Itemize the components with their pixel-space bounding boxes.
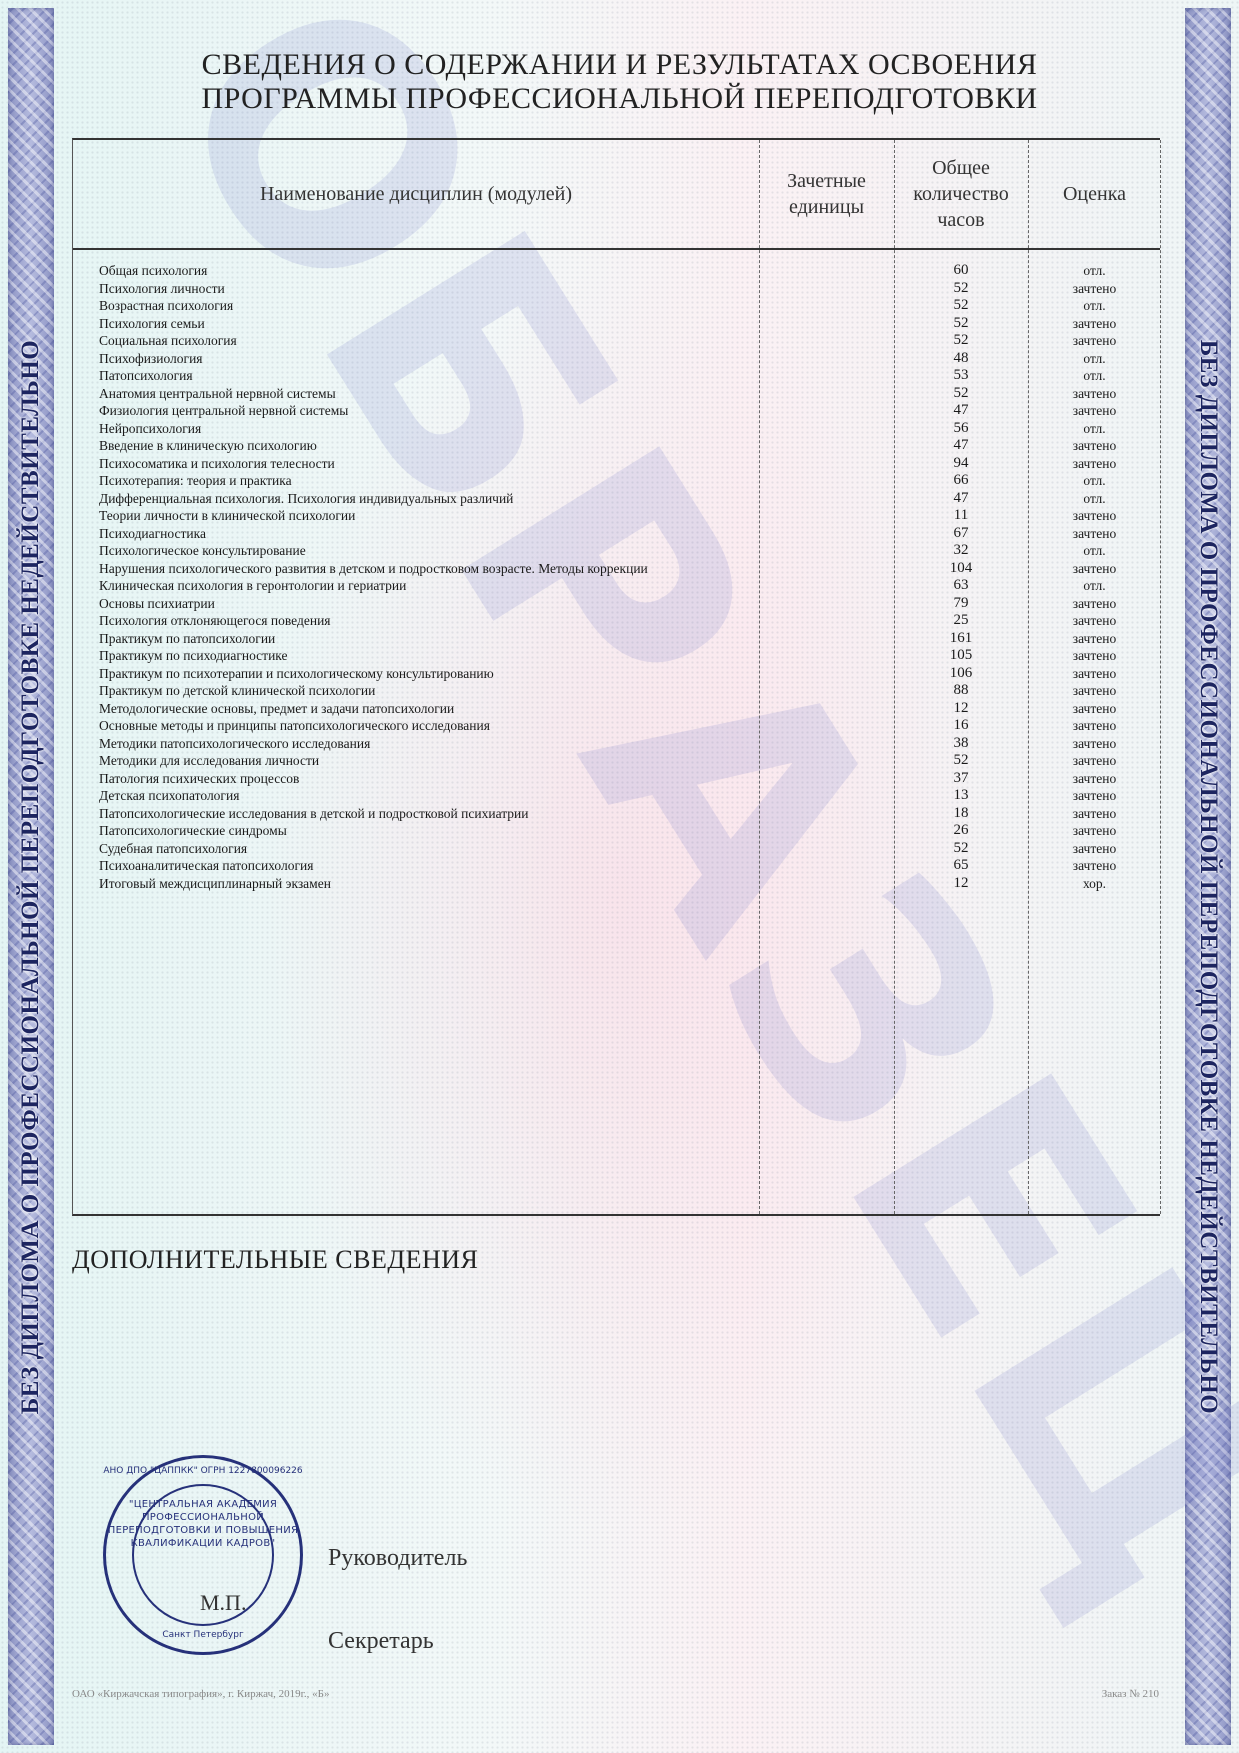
discipline-name: Методики патопсихологического исследован…	[99, 735, 370, 753]
grade: зачтено	[1028, 612, 1161, 630]
grade: зачтено	[1028, 385, 1161, 403]
total-hours: 106	[894, 665, 1028, 683]
discipline-name: Психоаналитическая патопсихология	[99, 857, 313, 875]
total-hours: 52	[894, 297, 1028, 315]
discipline-name: Дифференциальная психология. Психология …	[99, 490, 513, 508]
table-row: Психотерапия: теория и практика66отл.	[73, 472, 1160, 490]
total-hours: 65	[894, 857, 1028, 875]
total-hours: 18	[894, 805, 1028, 823]
grade: зачтено	[1028, 560, 1161, 578]
table-row: Психология отклоняющегося поведения25зач…	[73, 612, 1160, 630]
total-hours: 26	[894, 822, 1028, 840]
discipline-name: Психосоматика и психология телесности	[99, 455, 335, 473]
grade: зачтено	[1028, 507, 1161, 525]
table-row: Психосоматика и психология телесности94з…	[73, 455, 1160, 473]
header-total-hours-label: Общее количество часов	[906, 155, 1016, 233]
table-row: Возрастная психология52отл.	[73, 297, 1160, 315]
grade: зачтено	[1028, 630, 1161, 648]
discipline-name: Патология психических процессов	[99, 770, 299, 788]
discipline-name: Клиническая психология в геронтологии и …	[99, 577, 406, 595]
total-hours: 37	[894, 770, 1028, 788]
table-row: Психофизиология48отл.	[73, 350, 1160, 368]
header-grade: Оценка	[1028, 140, 1161, 248]
header-credit-units: Зачетные единицы	[759, 140, 894, 248]
grade: зачтено	[1028, 525, 1161, 543]
discipline-name: Введение в клиническую психологию	[99, 437, 317, 455]
table-row: Основы психиатрии79зачтено	[73, 595, 1160, 613]
grade: зачтено	[1028, 682, 1161, 700]
discipline-name: Психология отклоняющегося поведения	[99, 612, 331, 630]
discipline-name: Психология семьи	[99, 315, 205, 333]
table-row: Итоговый междисциплинарный экзамен12хор.	[73, 875, 1160, 893]
grade: отл.	[1028, 420, 1161, 438]
grade: зачтено	[1028, 437, 1161, 455]
discipline-name: Практикум по психодиагностике	[99, 647, 288, 665]
grade: зачтено	[1028, 735, 1161, 753]
header-credit-units-label: Зачетные единицы	[772, 168, 882, 220]
disciplines-table: Наименование дисциплин (модулей) Зачетны…	[72, 138, 1160, 1216]
total-hours: 32	[894, 542, 1028, 560]
grade: зачтено	[1028, 402, 1161, 420]
table-row: Психологическое консультирование32отл.	[73, 542, 1160, 560]
total-hours: 48	[894, 350, 1028, 368]
discipline-name: Социальная психология	[99, 332, 237, 350]
stamp-city: Санкт Петербург	[162, 1630, 243, 1640]
grade: отл.	[1028, 262, 1161, 280]
grade: зачтено	[1028, 665, 1161, 683]
table-row: Патопсихологические синдромы26зачтено	[73, 822, 1160, 840]
discipline-name: Нейропсихология	[99, 420, 201, 438]
discipline-name: Основные методы и принципы патопсихологи…	[99, 717, 490, 735]
total-hours: 66	[894, 472, 1028, 490]
grade: отл.	[1028, 472, 1161, 490]
grade: зачтено	[1028, 455, 1161, 473]
table-row: Общая психология60отл.	[73, 262, 1160, 280]
discipline-name: Практикум по психотерапии и психологичес…	[99, 665, 494, 683]
total-hours: 88	[894, 682, 1028, 700]
discipline-name: Физиология центральной нервной системы	[99, 402, 348, 420]
table-row: Физиология центральной нервной системы47…	[73, 402, 1160, 420]
table-row: Судебная патопсихология52зачтено	[73, 840, 1160, 858]
total-hours: 47	[894, 490, 1028, 508]
stamp-ring-text: АНО ДПО "ЦАППКК" ОГРН 1227800096226	[103, 1466, 302, 1476]
grade: отл.	[1028, 297, 1161, 315]
grade: зачтено	[1028, 822, 1161, 840]
discipline-name: Практикум по патопсихологии	[99, 630, 275, 648]
grade: зачтено	[1028, 787, 1161, 805]
total-hours: 11	[894, 507, 1028, 525]
table-row: Психодиагностика67зачтено	[73, 525, 1160, 543]
discipline-name: Психотерапия: теория и практика	[99, 472, 292, 490]
total-hours: 52	[894, 752, 1028, 770]
discipline-name: Психодиагностика	[99, 525, 206, 543]
total-hours: 94	[894, 455, 1028, 473]
total-hours: 52	[894, 385, 1028, 403]
total-hours: 47	[894, 437, 1028, 455]
total-hours: 63	[894, 577, 1028, 595]
table-row: Клиническая психология в геронтологии и …	[73, 577, 1160, 595]
discipline-name: Патопсихология	[99, 367, 193, 385]
total-hours: 105	[894, 647, 1028, 665]
total-hours: 52	[894, 840, 1028, 858]
table-row: Патология психических процессов37зачтено	[73, 770, 1160, 788]
discipline-name: Нарушения психологического развития в де…	[99, 560, 648, 578]
total-hours: 13	[894, 787, 1028, 805]
total-hours: 161	[894, 630, 1028, 648]
total-hours: 53	[894, 367, 1028, 385]
right-security-border: БЕЗ ДИПЛОМА О ПРОФЕССИОНАЛЬНОЙ ПЕРЕПОДГО…	[1185, 8, 1231, 1745]
discipline-name: Анатомия центральной нервной системы	[99, 385, 336, 403]
left-border-text: БЕЗ ДИПЛОМА О ПРОФЕССИОНАЛЬНОЙ ПЕРЕПОДГО…	[17, 339, 45, 1413]
table-row: Психоаналитическая патопсихология65зачте…	[73, 857, 1160, 875]
grade: зачтено	[1028, 717, 1161, 735]
table-row: Психология семьи52зачтено	[73, 315, 1160, 333]
table-row: Нарушения психологического развития в де…	[73, 560, 1160, 578]
discipline-name: Методологические основы, предмет и задач…	[99, 700, 454, 718]
table-row: Практикум по детской клинической психоло…	[73, 682, 1160, 700]
table-row: Нейропсихология56отл.	[73, 420, 1160, 438]
right-border-text: БЕЗ ДИПЛОМА О ПРОФЕССИОНАЛЬНОЙ ПЕРЕПОДГО…	[1194, 339, 1222, 1413]
grade: отл.	[1028, 367, 1161, 385]
grade: отл.	[1028, 490, 1161, 508]
discipline-name: Детская психопатология	[99, 787, 239, 805]
stamp-center-text: "ЦЕНТРАЛЬНАЯ АКАДЕМИЯ ПРОФЕССИОНАЛЬНОЙ П…	[106, 1498, 300, 1550]
total-hours: 56	[894, 420, 1028, 438]
table-row: Введение в клиническую психологию47зачте…	[73, 437, 1160, 455]
official-stamp: АНО ДПО "ЦАППКК" ОГРН 1227800096226 "ЦЕН…	[103, 1455, 303, 1655]
total-hours: 25	[894, 612, 1028, 630]
discipline-name: Методики для исследования личности	[99, 752, 319, 770]
grade: отл.	[1028, 577, 1161, 595]
table-row: Дифференциальная психология. Психология …	[73, 490, 1160, 508]
grade: зачтено	[1028, 595, 1161, 613]
discipline-name: Патопсихологические синдромы	[99, 822, 287, 840]
table-row: Практикум по психотерапии и психологичес…	[73, 665, 1160, 683]
grade: хор.	[1028, 875, 1161, 893]
grade: зачтено	[1028, 332, 1161, 350]
table-row: Практикум по психодиагностике105зачтено	[73, 647, 1160, 665]
total-hours: 12	[894, 875, 1028, 893]
grade: зачтено	[1028, 805, 1161, 823]
total-hours: 16	[894, 717, 1028, 735]
grade: отл.	[1028, 542, 1161, 560]
discipline-name: Патопсихологические исследования в детск…	[99, 805, 528, 823]
page-title-line1: СВЕДЕНИЯ О СОДЕРЖАНИИ И РЕЗУЛЬТАТАХ ОСВО…	[0, 48, 1239, 82]
grade: зачтено	[1028, 857, 1161, 875]
table-row: Патопсихологические исследования в детск…	[73, 805, 1160, 823]
total-hours: 12	[894, 700, 1028, 718]
table-row: Социальная психология52зачтено	[73, 332, 1160, 350]
table-row: Теории личности в клинической психологии…	[73, 507, 1160, 525]
header-divider	[73, 248, 1160, 250]
left-security-border: БЕЗ ДИПЛОМА О ПРОФЕССИОНАЛЬНОЙ ПЕРЕПОДГО…	[8, 8, 54, 1745]
header-total-hours: Общее количество часов	[894, 140, 1028, 248]
discipline-name: Психофизиология	[99, 350, 203, 368]
additional-info-title: ДОПОЛНИТЕЛЬНЫЕ СВЕДЕНИЯ	[72, 1245, 478, 1275]
table-body: Общая психология60отл.Психология личност…	[73, 262, 1160, 892]
secretary-signature-label: Секретарь	[328, 1628, 434, 1655]
discipline-name: Практикум по детской клинической психоло…	[99, 682, 375, 700]
grade: зачтено	[1028, 752, 1161, 770]
grade: зачтено	[1028, 840, 1161, 858]
table-row: Психология личности52зачтено	[73, 280, 1160, 298]
total-hours: 52	[894, 315, 1028, 333]
table-row: Методики для исследования личности52зачт…	[73, 752, 1160, 770]
discipline-name: Возрастная психология	[99, 297, 233, 315]
seal-place-label: М.П.	[200, 1590, 246, 1616]
total-hours: 79	[894, 595, 1028, 613]
total-hours: 104	[894, 560, 1028, 578]
total-hours: 47	[894, 402, 1028, 420]
grade: зачтено	[1028, 770, 1161, 788]
order-number: Заказ № 210	[1102, 1688, 1159, 1700]
grade: зачтено	[1028, 700, 1161, 718]
grade: отл.	[1028, 350, 1161, 368]
page-title: СВЕДЕНИЯ О СОДЕРЖАНИИ И РЕЗУЛЬТАТАХ ОСВО…	[0, 48, 1239, 116]
grade: зачтено	[1028, 315, 1161, 333]
printer-imprint: ОАО «Киржачская типография», г. Киржач, …	[72, 1688, 330, 1700]
page-title-line2: ПРОГРАММЫ ПРОФЕССИОНАЛЬНОЙ ПЕРЕПОДГОТОВК…	[0, 82, 1239, 116]
table-row: Методики патопсихологического исследован…	[73, 735, 1160, 753]
discipline-name: Общая психология	[99, 262, 207, 280]
total-hours: 38	[894, 735, 1028, 753]
table-row: Методологические основы, предмет и задач…	[73, 700, 1160, 718]
table-row: Анатомия центральной нервной системы52за…	[73, 385, 1160, 403]
total-hours: 52	[894, 332, 1028, 350]
header-discipline-name: Наименование дисциплин (модулей)	[73, 140, 759, 248]
grade: зачтено	[1028, 280, 1161, 298]
total-hours: 52	[894, 280, 1028, 298]
discipline-name: Психология личности	[99, 280, 225, 298]
table-row: Практикум по патопсихологии161зачтено	[73, 630, 1160, 648]
discipline-name: Судебная патопсихология	[99, 840, 247, 858]
table-row: Основные методы и принципы патопсихологи…	[73, 717, 1160, 735]
discipline-name: Итоговый междисциплинарный экзамен	[99, 875, 331, 893]
table-row: Детская психопатология13зачтено	[73, 787, 1160, 805]
discipline-name: Основы психиатрии	[99, 595, 215, 613]
grade: зачтено	[1028, 647, 1161, 665]
director-signature-label: Руководитель	[328, 1545, 467, 1572]
total-hours: 60	[894, 262, 1028, 280]
table-row: Патопсихология53отл.	[73, 367, 1160, 385]
discipline-name: Теории личности в клинической психологии	[99, 507, 355, 525]
total-hours: 67	[894, 525, 1028, 543]
discipline-name: Психологическое консультирование	[99, 542, 306, 560]
